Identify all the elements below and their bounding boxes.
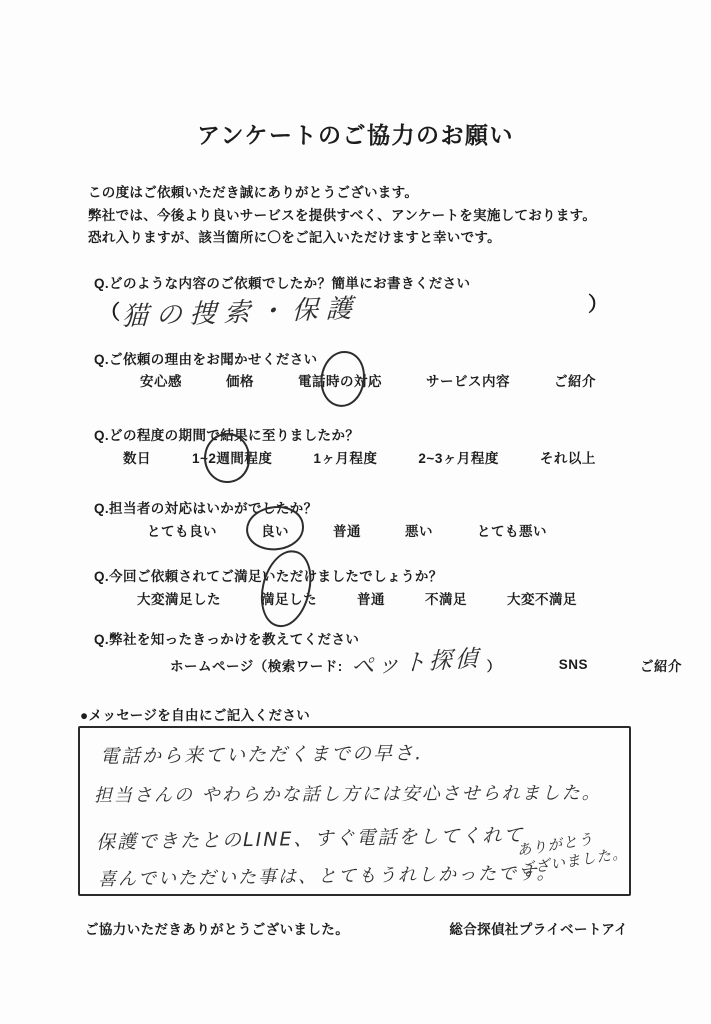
q1-handwritten-answer: 猫の捜索・保護 [121, 288, 360, 333]
q1-paren-open: （ [100, 296, 120, 325]
message-thanks-note: ありがとう ございました。 [516, 826, 629, 881]
intro-line-3: 恐れ入りますが、該当箇所に〇をご記入いただけますと幸いです。 [88, 227, 651, 250]
q5-options-row: 大変満足した 満足した 普通 不満足 大変不満足 [137, 588, 577, 608]
option: 悪い [405, 520, 433, 540]
message-line: 喜んでいただいた事は、とてもうれしかったです。 [98, 859, 557, 891]
option: ご紹介 [554, 370, 596, 390]
option: 大変満足した [137, 588, 221, 608]
option: 普通 [333, 520, 361, 540]
option: とても良い [147, 520, 217, 540]
q3-options-row: 数日 1~2週間程度 1ヶ月程度 2~3ヶ月程度 それ以上 [123, 447, 596, 467]
message-line: 電話から来ていただくまでの早さ. [100, 738, 423, 768]
message-section-label: ●メッセージを自由にご記入ください [80, 704, 310, 724]
option: 2~3ヶ月程度 [418, 447, 498, 467]
option: 価格 [226, 370, 254, 390]
option: 普通 [357, 588, 385, 608]
option: サービス内容 [426, 370, 510, 390]
option: 良い [261, 520, 289, 540]
option: 安心感 [140, 370, 182, 390]
option: 不満足 [425, 588, 467, 608]
option: 1~2週間程度 [192, 447, 272, 467]
intro-line-1: この度はご依頼いただき誠にありがとうございます。 [88, 182, 651, 205]
intro-paragraph: この度はご依頼いただき誠にありがとうございます。 弊社では、今後より良いサービス… [88, 182, 651, 250]
scanned-survey-page: アンケートのご協力のお願い この度はご依頼いただき誠にありがとうございます。 弊… [0, 0, 711, 1024]
option: 満足した [261, 588, 317, 608]
message-box: 電話から来ていただくまでの早さ. 担当さんの やわらかな話し方には安心させられま… [78, 726, 631, 896]
question-q4-label: Q.担当者の対応はいかがでしたか？ [94, 497, 318, 517]
q4-options-row: とても良い 良い 普通 悪い とても悪い [147, 520, 547, 540]
message-line: 担当さんの やわらかな話し方には安心させられました。 [94, 779, 602, 808]
q6-referral-option: ご紹介 [640, 655, 682, 675]
option: 電話時の対応 [298, 370, 382, 390]
intro-line-2: 弊社では、今後より良いサービスを提供すべく、アンケートを実施しております。 [88, 205, 651, 228]
footer: ご協力いただきありがとうございました。 総合探偵社プライベートアイ [85, 918, 628, 938]
footer-thanks-text: ご協力いただきありがとうございました。 [85, 918, 349, 938]
footer-company-name: 総合探偵社プライベートアイ [449, 918, 628, 938]
q6-sns-option: SNS [559, 657, 588, 672]
q1-answer-row: （ 猫の捜索・保護 ） [100, 288, 608, 346]
option: 大変不満足 [507, 588, 577, 608]
question-q3-label: Q.どの程度の期間で結果に至りましたか？ [94, 424, 359, 444]
q6-paren-close: ） [487, 655, 501, 675]
q6-options-row: ホームページ（検索ワード: ペット探偵 ） SNS ご紹介 [170, 648, 682, 681]
q2-options-row: 安心感 価格 電話時の対応 サービス内容 ご紹介 [140, 370, 596, 390]
option: それ以上 [540, 447, 596, 467]
question-q5-label: Q.今回ご依頼されてご満足いただけましたでしょうか？ [94, 565, 443, 585]
q6-search-word-handwritten: ペット探偵 [350, 639, 481, 681]
question-q6-label: Q.弊社を知ったきっかけを教えてください [94, 628, 359, 648]
question-q2-label: Q.ご依頼の理由をお聞かせください [94, 348, 318, 368]
option: 数日 [123, 447, 151, 467]
message-line: 保護できたとのLINE、すぐ電話をしてくれて [96, 820, 525, 854]
q1-paren-close: ） [588, 288, 608, 317]
option: とても悪い [477, 520, 547, 540]
page-title: アンケートのご協力のお願い [0, 117, 711, 150]
option: 1ヶ月程度 [313, 447, 377, 467]
q6-homepage-option: ホームページ（検索ワード: [170, 655, 343, 675]
